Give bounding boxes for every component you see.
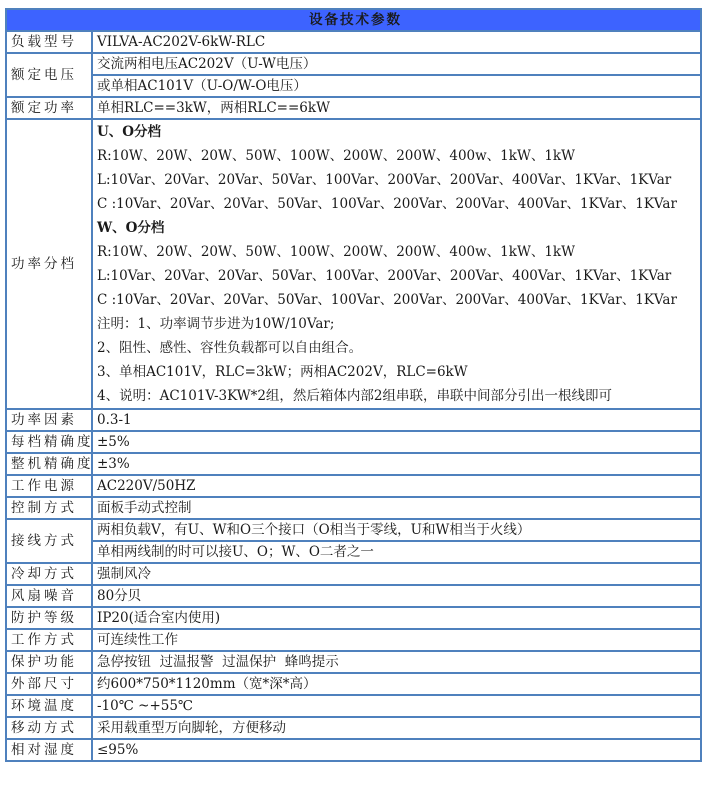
gear-line: C :10Var、20Var、20Var、50Var、100Var、200Var… bbox=[97, 288, 700, 312]
row-value: ±3% bbox=[92, 453, 701, 475]
row-value: IP20(适合室内使用) bbox=[92, 607, 701, 629]
row-value: 约600*750*1120mm（宽*深*高） bbox=[92, 673, 701, 695]
table-row: 外部尺寸 约600*750*1120mm（宽*深*高） bbox=[6, 673, 701, 695]
table-row-power-gears: 功率分档 U、O分档 R:10W、20W、20W、50W、100W、200W、2… bbox=[6, 119, 701, 409]
table-title: 设备技术参数 bbox=[6, 9, 701, 31]
table-row: 防护等级 IP20(适合室内使用) bbox=[6, 607, 701, 629]
gear-line: L:10Var、20Var、20Var、50Var、100Var、200Var、… bbox=[97, 168, 700, 192]
row-value: 80分贝 bbox=[92, 585, 701, 607]
table-header-row: 设备技术参数 bbox=[6, 9, 701, 31]
row-label: 防护等级 bbox=[6, 607, 92, 629]
table-row: 每档精确度 ±5% bbox=[6, 431, 701, 453]
row-value: 可连续性工作 bbox=[92, 629, 701, 651]
gear-line: R:10W、20W、20W、50W、100W、200W、200W、400w、1k… bbox=[97, 144, 700, 168]
row-label: 额定电压 bbox=[6, 53, 92, 97]
table-row: 移动方式 采用载重型万向脚轮，方便移动 bbox=[6, 717, 701, 739]
row-label: 每档精确度 bbox=[6, 431, 92, 453]
gear-line: L:10Var、20Var、20Var、50Var、100Var、200Var、… bbox=[97, 264, 700, 288]
gear-section-heading: U、O分档 bbox=[97, 120, 700, 144]
spec-table: 设备技术参数 负载型号 VILVA-AC202V-6kW-RLC 额定电压 交流… bbox=[5, 8, 702, 762]
row-label: 功率分档 bbox=[6, 119, 92, 409]
gear-section-heading: W、O分档 bbox=[97, 216, 700, 240]
row-label: 移动方式 bbox=[6, 717, 92, 739]
table-row: 额定功率 单相RLC==3kW，两相RLC==6kW bbox=[6, 97, 701, 119]
power-gears-cell: U、O分档 R:10W、20W、20W、50W、100W、200W、200W、4… bbox=[92, 119, 701, 409]
row-value: VILVA-AC202V-6kW-RLC bbox=[92, 31, 701, 53]
row-label: 外部尺寸 bbox=[6, 673, 92, 695]
row-label: 控制方式 bbox=[6, 497, 92, 519]
row-value: 单相两线制的时可以接U、O；W、O二者之一 bbox=[92, 541, 701, 563]
gear-line: C :10Var、20Var、20Var、50Var、100Var、200Var… bbox=[97, 192, 700, 216]
row-value: 交流两相电压AC202V（U-W电压） bbox=[92, 53, 701, 75]
table-row: 单相两线制的时可以接U、O；W、O二者之一 bbox=[6, 541, 701, 563]
row-label: 环境温度 bbox=[6, 695, 92, 717]
table-row: 或单相AC101V（U-O/W-O电压） bbox=[6, 75, 701, 97]
gear-note: 2、阻性、感性、容性负载都可以自由组合。 bbox=[97, 336, 700, 360]
row-value: -10℃ ~+55℃ bbox=[92, 695, 701, 717]
table-row: 额定电压 交流两相电压AC202V（U-W电压） bbox=[6, 53, 701, 75]
table-row: 负载型号 VILVA-AC202V-6kW-RLC bbox=[6, 31, 701, 53]
table-row: 风扇噪音 80分贝 bbox=[6, 585, 701, 607]
table-row: 整机精确度 ±3% bbox=[6, 453, 701, 475]
row-label: 相对湿度 bbox=[6, 739, 92, 761]
row-value: ≤95% bbox=[92, 739, 701, 761]
row-label: 整机精确度 bbox=[6, 453, 92, 475]
row-value: 单相RLC==3kW，两相RLC==6kW bbox=[92, 97, 701, 119]
table-row: 功率因素 0.3-1 bbox=[6, 409, 701, 431]
row-value: ±5% bbox=[92, 431, 701, 453]
row-label: 额定功率 bbox=[6, 97, 92, 119]
row-value: 强制风冷 bbox=[92, 563, 701, 585]
row-label: 风扇噪音 bbox=[6, 585, 92, 607]
gear-note: 3、单相AC101V，RLC=3kW；两相AC202V，RLC=6kW bbox=[97, 360, 700, 384]
row-label: 工作电源 bbox=[6, 475, 92, 497]
gear-note: 4、说明：AC101V-3KW*2组，然后箱体内部2组串联，串联中间部分引出一根… bbox=[97, 384, 700, 408]
table-row: 接线方式 两相负载V，有U、W和O三个接口（O相当于零线，U和W相当于火线） bbox=[6, 519, 701, 541]
gear-note: 注明：1、功率调节步进为10W/10Var; bbox=[97, 312, 700, 336]
row-label: 负载型号 bbox=[6, 31, 92, 53]
row-label: 冷却方式 bbox=[6, 563, 92, 585]
gear-line: R:10W、20W、20W、50W、100W、200W、200W、400w、1k… bbox=[97, 240, 700, 264]
row-value: 面板手动式控制 bbox=[92, 497, 701, 519]
row-value: 0.3-1 bbox=[92, 409, 701, 431]
table-row: 保护功能 急停按钮 过温报警 过温保护 蜂鸣提示 bbox=[6, 651, 701, 673]
row-value: 或单相AC101V（U-O/W-O电压） bbox=[92, 75, 701, 97]
row-label: 保护功能 bbox=[6, 651, 92, 673]
table-row: 冷却方式 强制风冷 bbox=[6, 563, 701, 585]
row-label: 工作方式 bbox=[6, 629, 92, 651]
row-value: 急停按钮 过温报警 过温保护 蜂鸣提示 bbox=[92, 651, 701, 673]
row-label: 功率因素 bbox=[6, 409, 92, 431]
row-value: 采用载重型万向脚轮，方便移动 bbox=[92, 717, 701, 739]
table-row: 工作方式 可连续性工作 bbox=[6, 629, 701, 651]
row-value: 两相负载V，有U、W和O三个接口（O相当于零线，U和W相当于火线） bbox=[92, 519, 701, 541]
row-value: AC220V/50HZ bbox=[92, 475, 701, 497]
table-row: 工作电源 AC220V/50HZ bbox=[6, 475, 701, 497]
table-row: 控制方式 面板手动式控制 bbox=[6, 497, 701, 519]
table-row: 环境温度 -10℃ ~+55℃ bbox=[6, 695, 701, 717]
table-row: 相对湿度 ≤95% bbox=[6, 739, 701, 761]
row-label: 接线方式 bbox=[6, 519, 92, 563]
